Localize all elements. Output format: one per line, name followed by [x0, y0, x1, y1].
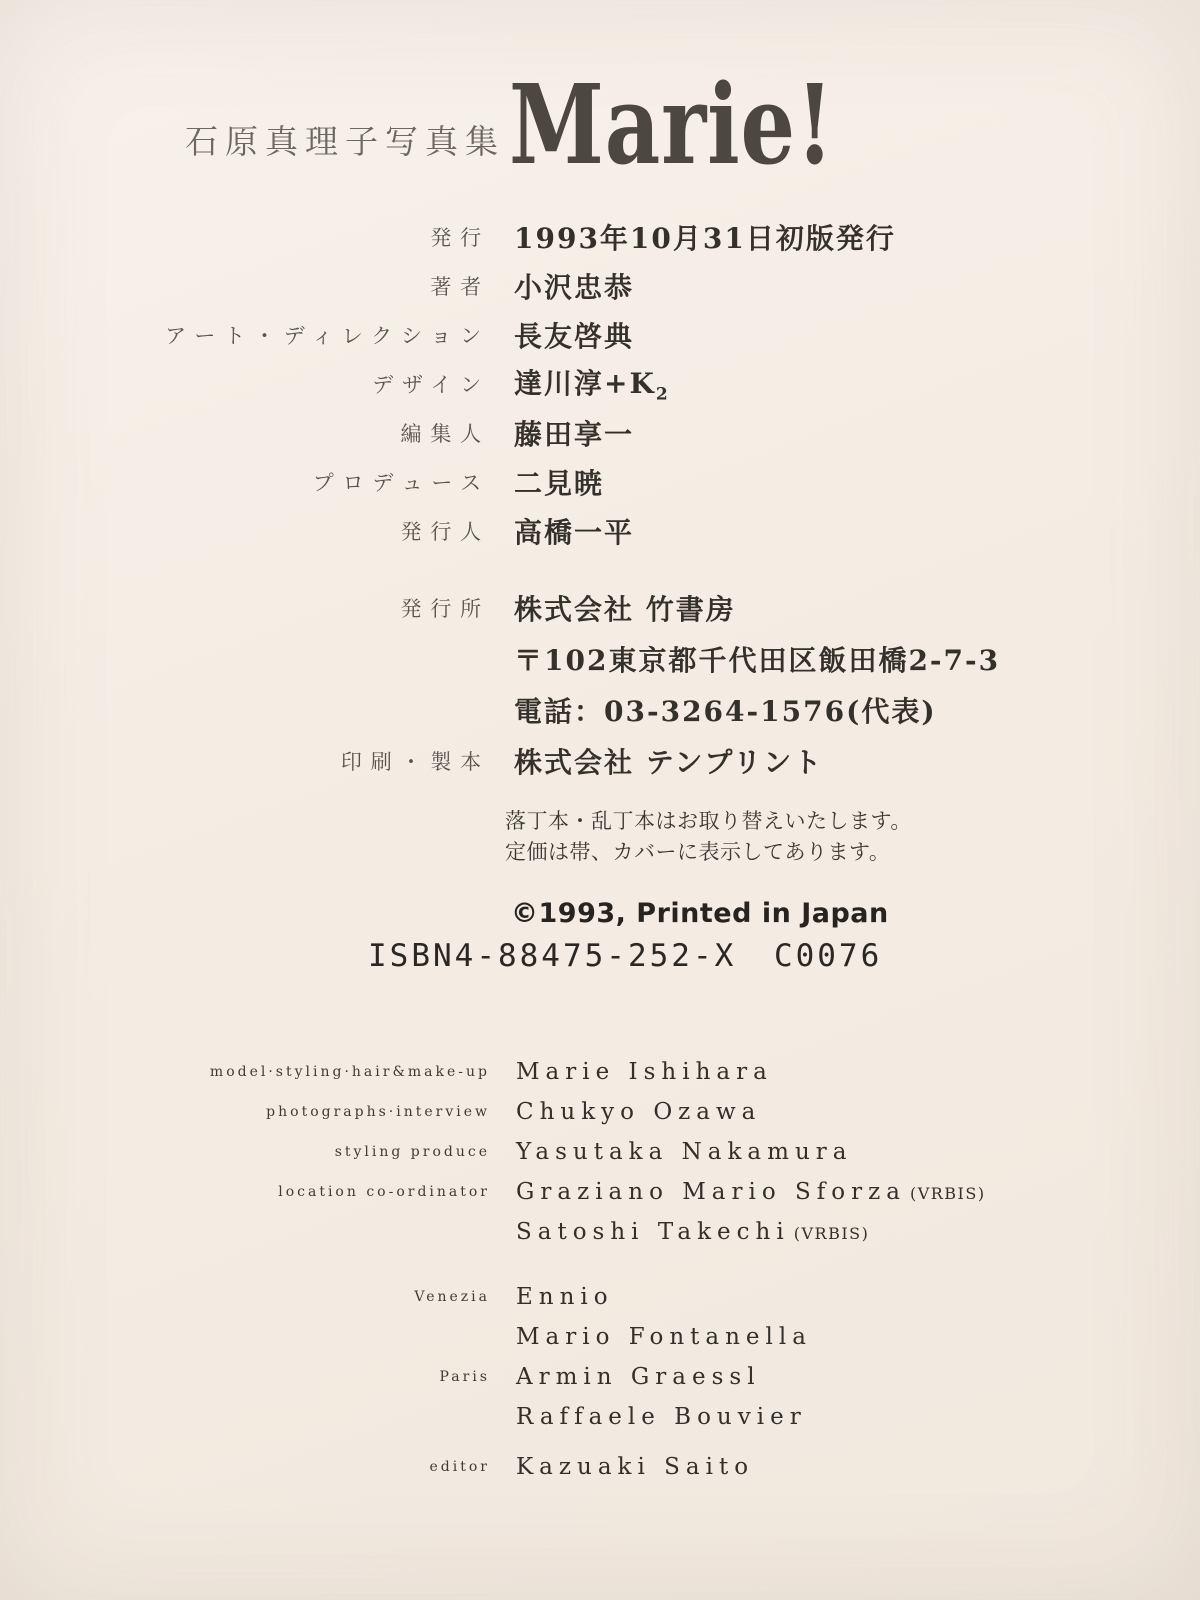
credit-row-venezia: Venezia Ennio	[0, 1277, 1200, 1317]
notices-block: 落丁本・乱丁本はお取り替えいたします。 定価は帯、カバーに表示してあります。	[505, 806, 912, 868]
credit-value: Satoshi Takechi(VRBIS)	[516, 1219, 869, 1245]
colophon-row-editor: 編集人 藤田享一	[0, 408, 1200, 457]
credit-value: Raffaele Bouvier	[516, 1404, 807, 1430]
credit-name: Satoshi Takechi	[516, 1219, 790, 1245]
credit-name: Kazuaki Saito	[516, 1454, 754, 1480]
credit-label: styling produce	[0, 1144, 490, 1160]
credit-value: Kazuaki Saito	[516, 1454, 754, 1480]
credit-name: Chukyo Ozawa	[516, 1099, 761, 1125]
design-value-subscript: 2	[656, 385, 670, 405]
printer-row: 印刷・製本 株式会社 テンプリント	[0, 735, 1200, 786]
credit-row-location-coordinator-2: Satoshi Takechi(VRBIS)	[0, 1212, 1200, 1252]
publisher-phone-row: 電話：03-3264-1576(代表)	[0, 684, 1200, 735]
row-value: 藤田享一	[514, 413, 634, 453]
row-value: 高橋一平	[514, 511, 634, 551]
notice-line-1: 落丁本・乱丁本はお取り替えいたします。	[505, 806, 912, 837]
colophon-row-produce: プロデュース 二見暁	[0, 457, 1200, 506]
notice-line-2: 定価は帯、カバーに表示してあります。	[505, 837, 912, 868]
row-value: 二見暁	[514, 462, 604, 502]
colophon-row-publication: 発行 1993年10月31日初版発行	[0, 212, 1200, 261]
row-label: 発行	[0, 222, 490, 252]
publisher-name: 株式会社 竹書房	[514, 588, 736, 628]
colophon-row-issuer: 発行人 高橋一平	[0, 506, 1200, 555]
row-label: プロデュース	[0, 467, 490, 497]
publisher-address: 〒102東京都千代田区飯田橋2-7-3	[514, 639, 1000, 679]
credit-value: Marie Ishihara	[516, 1059, 773, 1085]
credit-name: Raffaele Bouvier	[516, 1404, 807, 1430]
publisher-name-row: 発行所 株式会社 竹書房	[0, 582, 1200, 633]
colophon-row-author: 著者 小沢忠恭	[0, 261, 1200, 310]
colophon-page: 石原真理子写真集 Marie! 発行 1993年10月31日初版発行 著者 小沢…	[0, 0, 1200, 1600]
row-label: 発行人	[0, 516, 490, 546]
colophon-row-art-direction: アート・ディレクション 長友啓典	[0, 310, 1200, 359]
credit-value: Graziano Mario Sforza(VRBIS)	[516, 1179, 986, 1205]
credit-row-photographs: photographs·interview Chukyo Ozawa	[0, 1092, 1200, 1132]
credit-value: Yasutaka Nakamura	[516, 1139, 852, 1165]
row-label: 編集人	[0, 418, 490, 448]
publisher-block: 発行所 株式会社 竹書房 〒102東京都千代田区飯田橋2-7-3 電話：03-3…	[0, 582, 1200, 786]
credit-row-editor: editor Kazuaki Saito	[0, 1447, 1200, 1487]
credit-label: Paris	[0, 1369, 490, 1385]
credit-name: Mario Fontanella	[516, 1324, 812, 1350]
row-label: アート・ディレクション	[0, 320, 490, 350]
credit-value: Mario Fontanella	[516, 1324, 812, 1350]
credit-label: model·styling·hair&make-up	[0, 1064, 490, 1080]
credit-name: Graziano Mario Sforza	[516, 1179, 906, 1205]
credit-row-paris: Paris Armin Graessl	[0, 1357, 1200, 1397]
main-title: Marie!	[509, 70, 834, 180]
credit-label: location co-ordinator	[0, 1184, 490, 1200]
credit-row-styling-produce: styling produce Yasutaka Nakamura	[0, 1132, 1200, 1172]
credit-value: Ennio	[516, 1284, 614, 1310]
credit-value: Chukyo Ozawa	[516, 1099, 761, 1125]
copyright-line: ©1993, Printed in Japan	[511, 898, 889, 929]
credit-row-model: model·styling·hair&make-up Marie Ishihar…	[0, 1052, 1200, 1092]
credit-row-location-coordinator: location co-ordinator Graziano Mario Sfo…	[0, 1172, 1200, 1212]
row-value: 長友啓典	[514, 315, 634, 355]
book-title-block: 石原真理子写真集 Marie!	[0, 70, 926, 180]
publisher-address-row: 〒102東京都千代田区飯田橋2-7-3	[0, 633, 1200, 684]
publisher-phone: 電話：03-3264-1576(代表)	[514, 690, 937, 730]
credit-row-paris-2: Raffaele Bouvier	[0, 1397, 1200, 1437]
credit-name: Marie Ishihara	[516, 1059, 773, 1085]
credits-block: model·styling·hair&make-up Marie Ishihar…	[0, 1052, 1200, 1487]
credit-name: Yasutaka Nakamura	[516, 1139, 852, 1165]
row-label: 著者	[0, 271, 490, 301]
credit-name: Ennio	[516, 1284, 614, 1310]
row-value: 達川淳+K2	[514, 362, 670, 405]
row-value: 小沢忠恭	[514, 266, 634, 306]
design-value: 達川淳+K	[514, 367, 656, 400]
credit-label: editor	[0, 1459, 490, 1475]
credit-suffix: (VRBIS)	[794, 1224, 870, 1243]
row-value: 1993年10月31日初版発行	[514, 217, 896, 257]
series-title: 石原真理子写真集	[0, 116, 505, 163]
row-label: 発行所	[0, 593, 490, 623]
credit-suffix: (VRBIS)	[910, 1184, 986, 1203]
row-label: デザイン	[0, 369, 490, 399]
credit-label: photographs·interview	[0, 1104, 490, 1120]
credit-name: Armin Graessl	[516, 1364, 761, 1390]
credit-label: Venezia	[0, 1289, 490, 1305]
isbn-line: ISBN4-88475-252-X C0076	[368, 938, 882, 974]
credit-value: Armin Graessl	[516, 1364, 761, 1390]
printer-name: 株式会社 テンプリント	[514, 741, 823, 781]
colophon-row-design: デザイン 達川淳+K2	[0, 359, 1200, 408]
colophon-rows: 発行 1993年10月31日初版発行 著者 小沢忠恭 アート・ディレクション 長…	[0, 212, 1200, 555]
row-label: 印刷・製本	[0, 746, 490, 776]
credit-row-venezia-2: Mario Fontanella	[0, 1317, 1200, 1357]
